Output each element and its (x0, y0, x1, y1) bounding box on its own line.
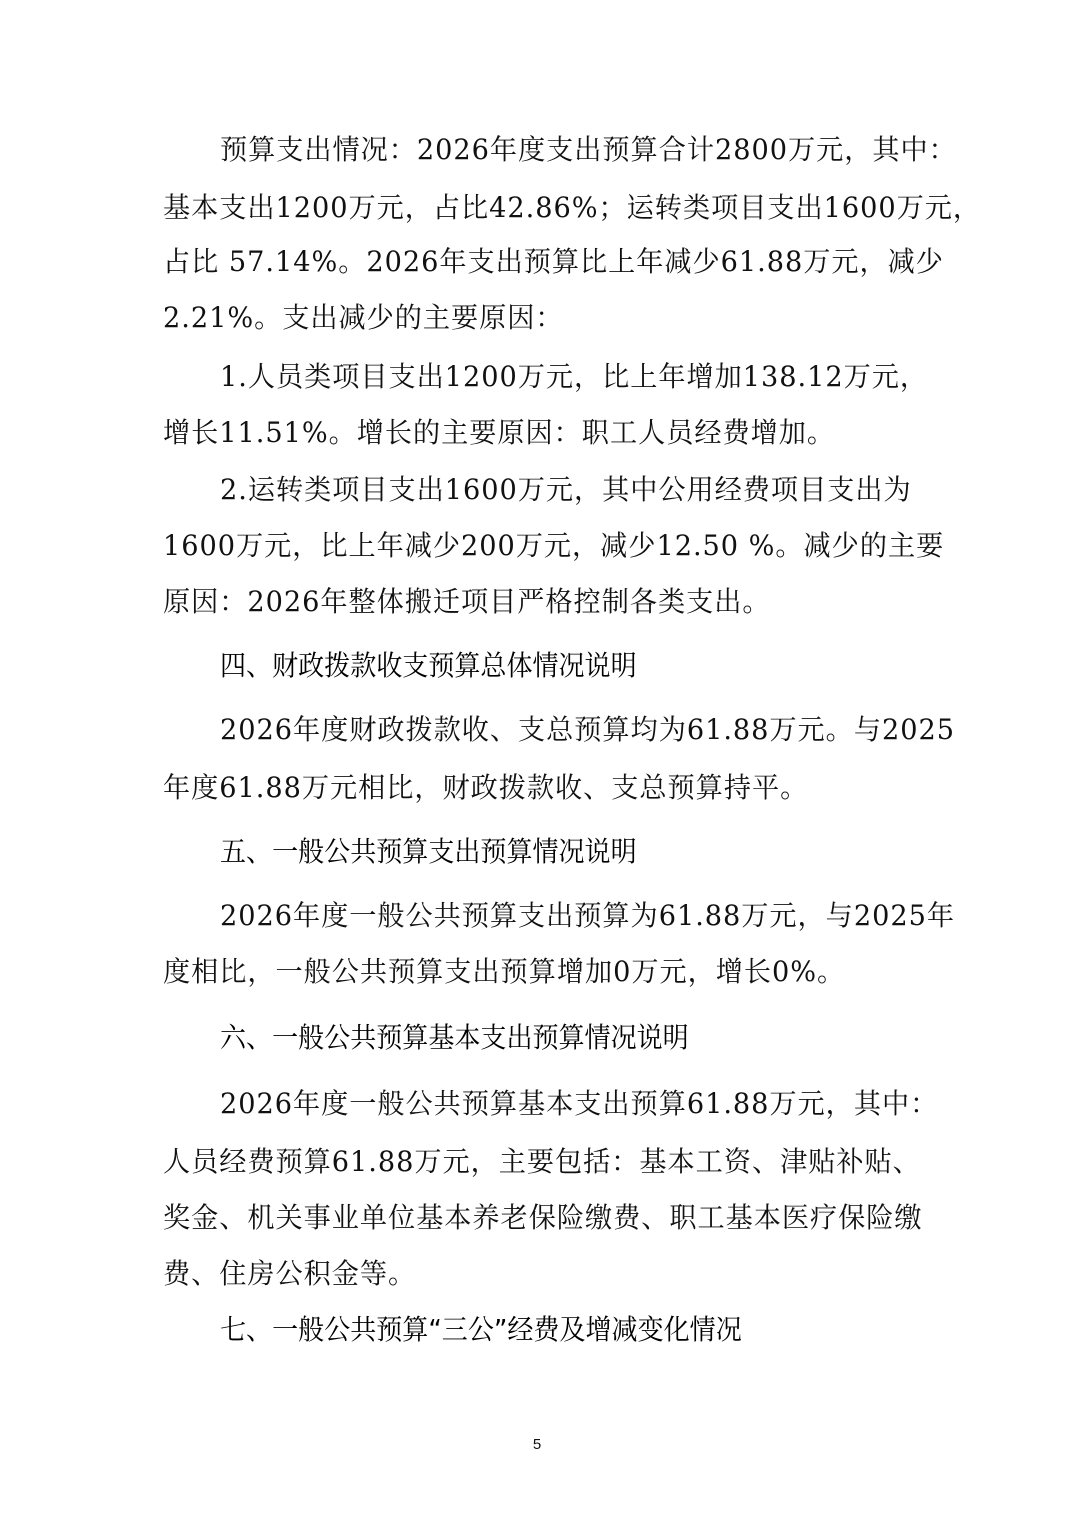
section-heading-7: 七、一般公共预算“三公”经费及增减变化情况 (220, 1312, 936, 1348)
document-page: 预算支出情况：2026年度支出预算合计2800万元，其中： 基本支出1200万元… (0, 0, 1074, 1520)
paragraph-line: 1.人员类项目支出1200万元，比上年增加138.12万元， (220, 359, 967, 395)
paragraph-line: 奖金、机关事业单位基本养老保险缴费、职工基本医疗保险缴 (163, 1200, 910, 1236)
page-number: 5 (0, 1436, 1074, 1453)
paragraph-line: 人员经费预算61.88万元，主要包括：基本工资、津贴补贴、 (163, 1144, 910, 1180)
paragraph-line: 度相比，一般公共预算支出预算增加0万元，增长0%。 (163, 954, 910, 990)
paragraph-line: 增长11.51%。增长的主要原因：职工人员经费增加。 (163, 415, 910, 451)
paragraph-line: 2026年度一般公共预算基本支出预算61.88万元，其中： (220, 1086, 967, 1122)
paragraph-line: 费、住房公积金等。 (163, 1256, 910, 1292)
section-heading-4: 四、财政拨款收支预算总体情况说明 (220, 648, 936, 684)
paragraph-line: 原因：2026年整体搬迁项目严格控制各类支出。 (163, 584, 910, 620)
section-heading-6: 六、一般公共预算基本支出预算情况说明 (220, 1020, 936, 1056)
paragraph-line: 占比 57.14%。2026年支出预算比上年减少61.88万元，减少 (163, 244, 910, 280)
paragraph-line: 2.21%。支出减少的主要原因： (163, 300, 910, 336)
paragraph-line: 2026年度一般公共预算支出预算为61.88万元，与2025年 (220, 898, 967, 934)
paragraph-line: 基本支出1200万元，占比42.86%；运转类项目支出1600万元， (163, 190, 910, 226)
paragraph-line: 年度61.88万元相比，财政拨款收、支总预算持平。 (163, 770, 910, 806)
section-heading-5: 五、一般公共预算支出预算情况说明 (220, 834, 936, 870)
paragraph-line: 预算支出情况：2026年度支出预算合计2800万元，其中： (220, 132, 967, 168)
paragraph-line: 2026年度财政拨款收、支总预算均为61.88万元。与2025 (220, 712, 967, 748)
paragraph-line: 2.运转类项目支出1600万元，其中公用经费项目支出为 (220, 472, 967, 508)
paragraph-line: 1600万元，比上年减少200万元，减少12.50 %。减少的主要 (163, 528, 910, 564)
